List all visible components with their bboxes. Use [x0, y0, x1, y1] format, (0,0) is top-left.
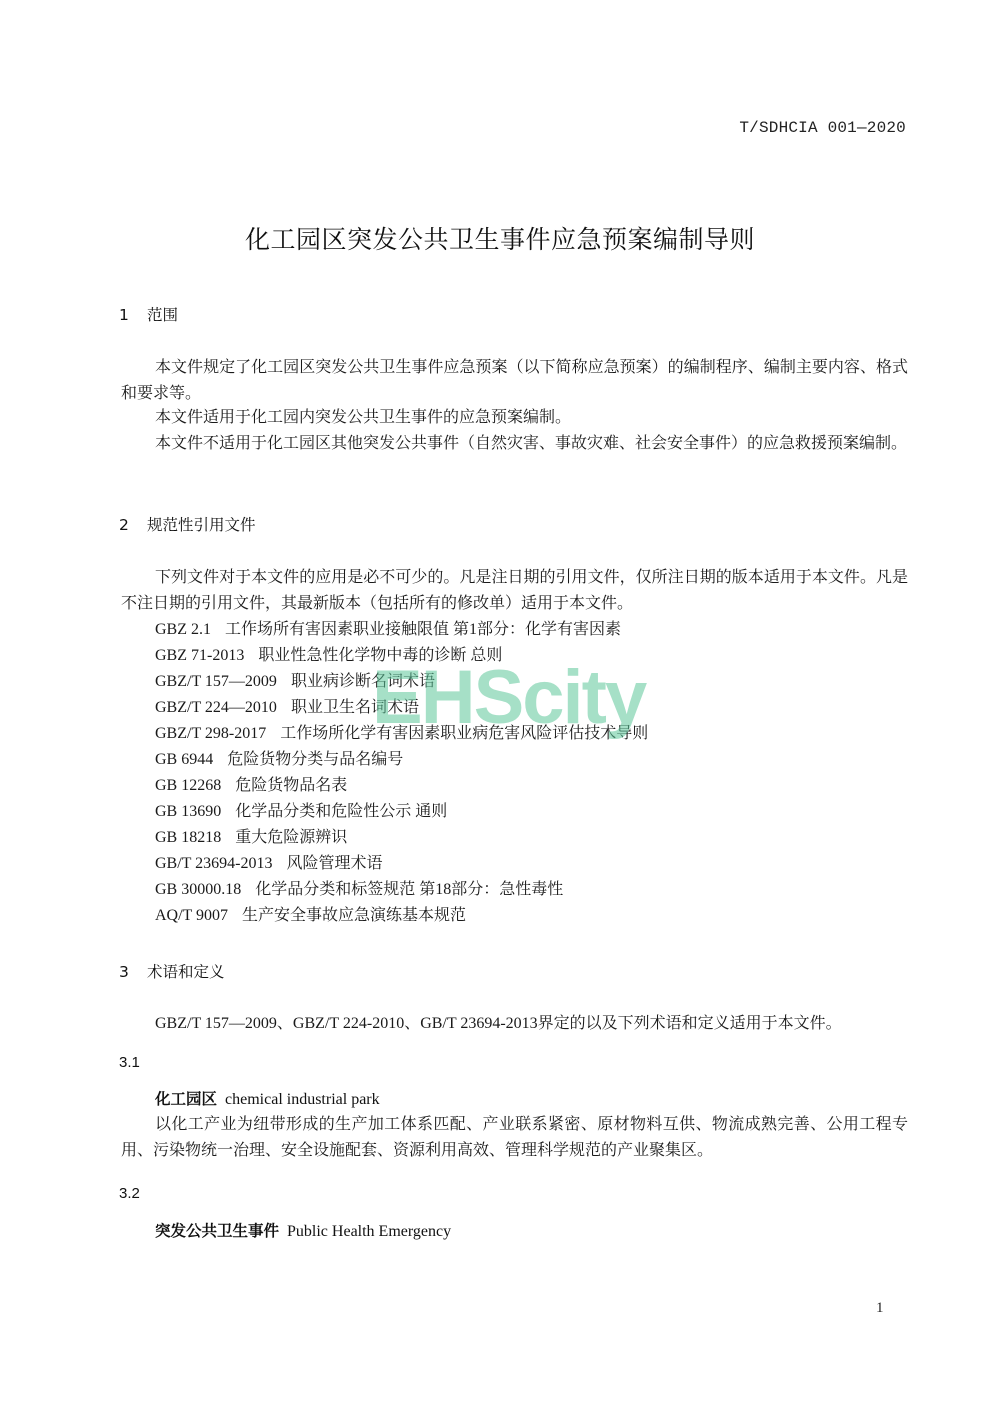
- section-number: 3: [119, 963, 147, 981]
- term-title: 化工园区chemical industrial park: [155, 1087, 380, 1109]
- term-chinese: 突发公共卫生事件: [155, 1222, 279, 1240]
- reference-code: AQ/T 9007: [155, 903, 228, 929]
- term-number: 3.2: [119, 1185, 140, 1202]
- reference-item: GB 30000.18化学品分类和标签规范 第18部分：急性毒性: [155, 877, 648, 903]
- term-english: chemical industrial park: [225, 1091, 380, 1108]
- reference-code: GBZ/T 298-2017: [155, 721, 266, 747]
- reference-item: GBZ 2.1工作场所有害因素职业接触限值 第1部分：化学有害因素: [155, 617, 648, 643]
- reference-code: GBZ 71-2013: [155, 643, 244, 669]
- section-title: 范围: [147, 306, 178, 324]
- reference-item: GB/T 23694-2013风险管理术语: [155, 851, 648, 877]
- reference-code: GBZ 2.1: [155, 617, 211, 643]
- reference-code: GB 30000.18: [155, 877, 241, 903]
- reference-code: GB/T 23694-2013: [155, 851, 272, 877]
- reference-item: AQ/T 9007生产安全事故应急演练基本规范: [155, 903, 648, 929]
- standard-code: T/SDHCIA 001—2020: [739, 119, 906, 137]
- reference-title: 风险管理术语: [286, 855, 382, 872]
- reference-item: GBZ 71-2013职业性急性化学物中毒的诊断 总则: [155, 643, 648, 669]
- reference-code: GB 13690: [155, 799, 221, 825]
- section-title: 规范性引用文件: [147, 516, 256, 534]
- reference-title: 化学品分类和标签规范 第18部分：急性毒性: [255, 881, 563, 898]
- reference-title: 职业卫生名词术语: [291, 699, 419, 716]
- reference-title: 重大危险源辨识: [235, 829, 347, 846]
- term-chinese: 化工园区: [155, 1090, 217, 1108]
- reference-code: GBZ/T 224—2010: [155, 695, 277, 721]
- scope-paragraph-1: 本文件规定了化工园区突发公共卫生事件应急预案（以下简称应急预案）的编制程序、编制…: [121, 355, 908, 407]
- page-number: 1: [876, 1300, 884, 1317]
- reference-item: GBZ/T 224—2010职业卫生名词术语: [155, 695, 648, 721]
- section-number: 1: [119, 306, 147, 324]
- reference-list: GBZ 2.1工作场所有害因素职业接触限值 第1部分：化学有害因素 GBZ 71…: [155, 617, 648, 929]
- term-english: Public Health Emergency: [287, 1223, 451, 1240]
- section-number: 2: [119, 516, 147, 534]
- document-title: 化工园区突发公共卫生事件应急预案编制导则: [0, 220, 1000, 256]
- reference-title: 危险货物品名表: [235, 777, 347, 794]
- reference-title: 工作场所化学有害因素职业病危害风险评估技术导则: [280, 725, 648, 742]
- reference-title: 危险货物分类与品名编号: [227, 751, 403, 768]
- reference-item: GB 12268危险货物品名表: [155, 773, 648, 799]
- reference-title: 生产安全事故应急演练基本规范: [242, 907, 466, 924]
- reference-item: GB 18218重大危险源辨识: [155, 825, 648, 851]
- reference-code: GB 12268: [155, 773, 221, 799]
- section-heading-normative-references: 2规范性引用文件: [119, 513, 256, 535]
- reference-title: 职业性急性化学物中毒的诊断 总则: [258, 647, 502, 664]
- scope-paragraph-2: 本文件适用于化工园内突发公共卫生事件的应急预案编制。: [121, 405, 908, 431]
- reference-item: GBZ/T 298-2017工作场所化学有害因素职业病危害风险评估技术导则: [155, 721, 648, 747]
- term-number: 3.1: [119, 1054, 140, 1071]
- reference-item: GB 6944危险货物分类与品名编号: [155, 747, 648, 773]
- section-heading-scope: 1范围: [119, 303, 178, 325]
- reference-title: 职业病诊断名词术语: [291, 673, 435, 690]
- references-intro-paragraph: 下列文件对于本文件的应用是必不可少的。凡是注日期的引用文件，仅所注日期的版本适用…: [121, 565, 908, 617]
- term-title: 突发公共卫生事件Public Health Emergency: [155, 1219, 451, 1241]
- reference-item: GBZ/T 157—2009职业病诊断名词术语: [155, 669, 648, 695]
- scope-paragraph-3: 本文件不适用于化工园区其他突发公共事件（自然灾害、事故灾难、社会安全事件）的应急…: [121, 431, 908, 457]
- section-title: 术语和定义: [147, 963, 225, 981]
- reference-code: GB 18218: [155, 825, 221, 851]
- reference-item: GB 13690化学品分类和危险性公示 通则: [155, 799, 648, 825]
- document-page: T/SDHCIA 001—2020 化工园区突发公共卫生事件应急预案编制导则 1…: [0, 0, 1000, 1413]
- section-heading-terms-definitions: 3术语和定义: [119, 960, 225, 982]
- reference-code: GBZ/T 157—2009: [155, 669, 277, 695]
- reference-title: 化学品分类和危险性公示 通则: [235, 803, 447, 820]
- term-definition: 以化工产业为纽带形成的生产加工体系匹配、产业联系紧密、原材物料互供、物流成熟完善…: [121, 1112, 908, 1164]
- terms-intro-paragraph: GBZ/T 157—2009、GBZ/T 224-2010、GB/T 23694…: [121, 1011, 908, 1037]
- reference-title: 工作场所有害因素职业接触限值 第1部分：化学有害因素: [225, 621, 621, 638]
- reference-code: GB 6944: [155, 747, 213, 773]
